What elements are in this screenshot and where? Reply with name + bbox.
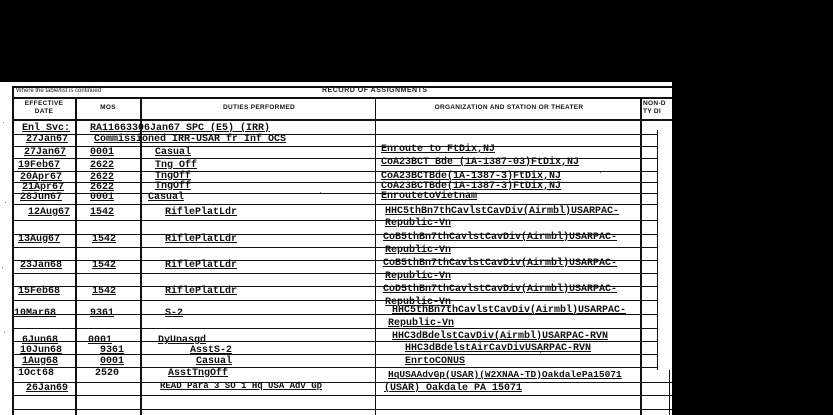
row-mos: 1542 [92, 260, 116, 271]
row-duties: Casual [196, 356, 232, 367]
row-mos: 9361 [90, 308, 114, 319]
header-effective-date: EFFECTIVE DATE [15, 100, 73, 116]
row-date: 28Jun67 [20, 192, 62, 203]
column-divider [640, 97, 642, 415]
row-duties: RA11663306Jan67 SPC (E5) (IRR) [90, 123, 270, 134]
row-mos: 1542 [92, 234, 116, 245]
row-duties: RiflePlatLdr [165, 286, 237, 297]
row-date: 26Jan69 [26, 383, 68, 394]
row-date: 15Feb68 [18, 286, 60, 297]
row-org: (USAR) Oakdale PA 15071 [384, 383, 522, 394]
row-org-continued: Republic-Vn [385, 218, 451, 229]
row-org: CoB5thBn7thCavlstCavDiv(Airmbl)USARPAC- [383, 232, 617, 243]
column-divider [75, 97, 77, 415]
rule [12, 395, 672, 396]
row-org-continued: Republic-Vn [385, 245, 451, 256]
row-org: CoD5thBn7thCavlstCavDiv(Airmbl)USARPAC- [383, 284, 617, 295]
rule [12, 119, 672, 121]
row-org: CoB5thBn7thCavlstCavDiv(Airmbl)USARPAC- [383, 258, 617, 269]
row-date: Enl Svc: [22, 123, 70, 134]
column-divider [375, 97, 376, 415]
row-mos: 9361 [100, 345, 124, 356]
row-mos: 2520 [95, 368, 119, 379]
row-date: 27Jan67 [26, 134, 68, 145]
row-duties: TngOff [155, 181, 191, 192]
header-mos: MOS [78, 104, 138, 112]
row-mos: 1542 [92, 286, 116, 297]
row-mos: 2622 [90, 160, 114, 171]
column-divider [657, 130, 658, 370]
column-divider [669, 370, 670, 415]
row-org-continued: Republic-Vn [388, 318, 454, 329]
row-date: 10Jun68 [20, 345, 62, 356]
row-org: HHC5thBn7thCavlstCavDiv(Airmbl)USARPAC- [392, 305, 626, 316]
row-duties: RiflePlatLdr [165, 234, 237, 245]
row-duties: Tng Off [155, 160, 197, 171]
row-date: 12Aug67 [28, 207, 70, 218]
row-duties: RiflePlatLdr [165, 207, 237, 218]
row-duties: AsstS-2 [190, 345, 232, 356]
row-mos: 1542 [90, 207, 114, 218]
row-org: CoA23BCT Bde (1A-1387-03)FtDix,NJ [381, 157, 579, 168]
row-date: 19Feb67 [18, 160, 60, 171]
rule [12, 247, 657, 248]
row-mos: 0001 [90, 147, 114, 158]
row-org: EnrtoCONUS [405, 356, 465, 367]
row-date: 1Aug68 [22, 356, 58, 367]
row-mos: 0001 [90, 192, 114, 203]
row-org: HHC3dBdelstAirCavDivUSARPAC-RVN [405, 343, 591, 354]
header-organization: ORGANIZATION AND STATION OR THEATER [380, 104, 638, 112]
row-org: Enroute to FtDix,NJ [381, 144, 495, 155]
form-title: RECORD OF ASSIGNMENTS [322, 87, 428, 94]
rule [12, 382, 672, 383]
row-mos: 0001 [100, 356, 124, 367]
form-note: Where the table/list is continued [16, 88, 101, 94]
rule [12, 409, 672, 410]
row-date: 27Jan67 [24, 147, 66, 158]
rule [12, 97, 672, 99]
header-non-duty: NON-D TY DI [643, 100, 671, 116]
row-org: HHC3dBdelstCavDiv(Airmbl)USARPAC-RVN [392, 331, 608, 342]
header-duties-performed: DUTIES PERFORMED [145, 104, 373, 112]
rule [12, 220, 657, 221]
row-duties: Casual [155, 147, 191, 158]
row-date: 13Aug67 [18, 234, 60, 245]
row-org: HqUSAAdvGp(USAR)(W2XNAA-TD)OakdalePa1507… [388, 369, 622, 380]
row-date: 1Oct68 [18, 368, 54, 379]
row-duties: READ Para 3 SO 1 Hq USA Adv Gp [160, 381, 322, 392]
rule [12, 204, 657, 205]
rule [12, 273, 657, 274]
rule [12, 300, 657, 301]
row-duties: Commissioned IRR-USAR fr Inf OCS [94, 134, 286, 145]
row-duties: AsstTngOff [168, 368, 228, 379]
row-duties: Casual [148, 192, 184, 203]
row-date: 10Mar68 [14, 308, 56, 319]
row-duties: RiflePlatLdr [165, 260, 237, 271]
row-org: EnroutetoVietnam [381, 191, 477, 202]
row-org-continued: Republic-Vn [385, 271, 451, 282]
rule [12, 328, 657, 329]
scanned-document-page: Where the table/list is continued RECORD… [0, 82, 672, 415]
row-date: 23Jan68 [20, 260, 62, 271]
row-org: HHC5thBn7thCavlstCavDiv(Airmbl)USARPAC- [385, 206, 619, 217]
row-duties: S-2 [165, 308, 183, 319]
